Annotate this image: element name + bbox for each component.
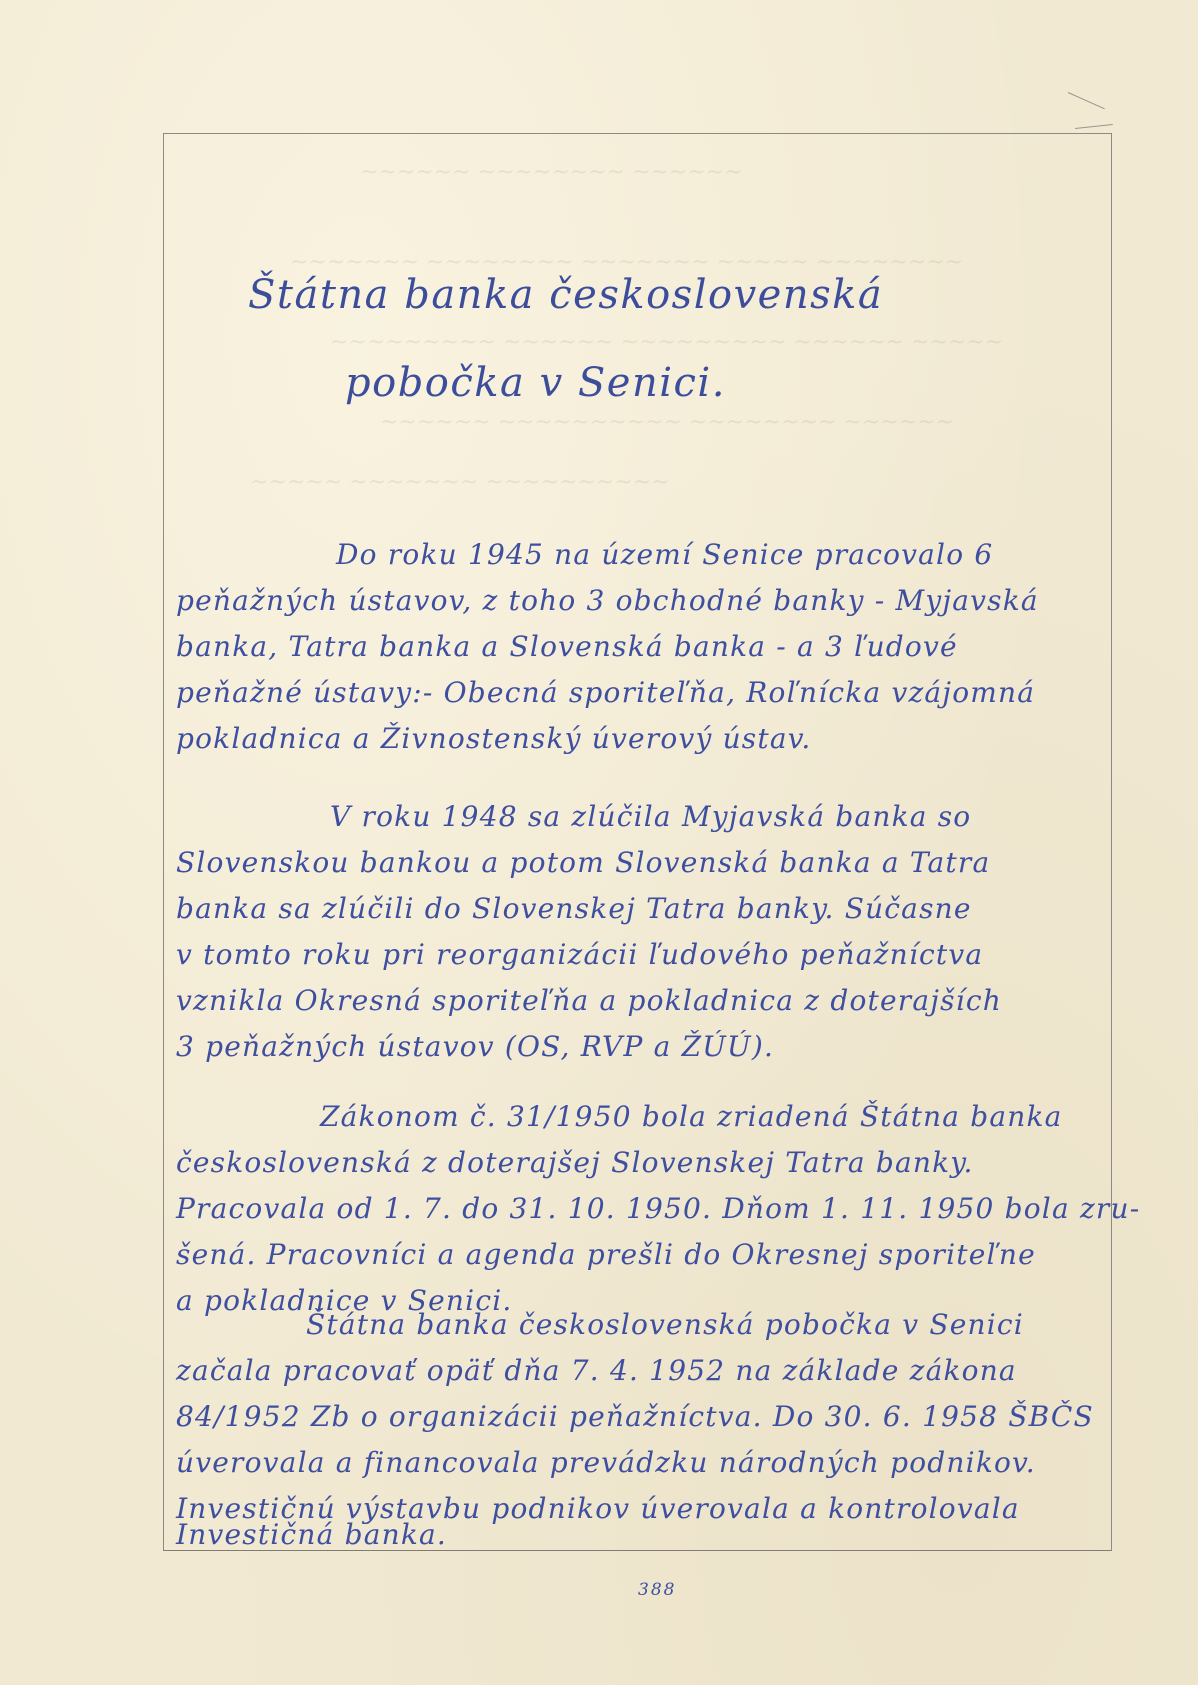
paragraph-line: pokladnica a Živnostenský úverový ústav.	[176, 722, 812, 755]
paragraph-line: úverovala a financovala prevádzku národn…	[176, 1446, 1036, 1479]
paragraph-line: Štátna banka československá pobočka v Se…	[306, 1308, 1024, 1341]
document-title-line-2: pobočka v Senici.	[345, 360, 726, 406]
paragraph-line: V roku 1948 sa zlúčila Myjavská banka so	[330, 800, 971, 833]
paragraph-line: Zákonom č. 31/1950 bola zriadená Štátna …	[320, 1100, 1063, 1133]
pencil-mark	[1068, 92, 1105, 109]
paragraph-line: banka sa zlúčili do Slovenskej Tatra ban…	[176, 892, 972, 925]
paragraph-line: československá z doterajšej Slovenskej T…	[176, 1146, 974, 1179]
pencil-mark	[1075, 124, 1113, 129]
paragraph-line: peňažné ústavy:- Obecná sporiteľňa, Roľn…	[176, 676, 1035, 709]
paragraph-line: vznikla Okresná sporiteľňa a pokladnica …	[176, 984, 1002, 1017]
paragraph-line: šená. Pracovníci a agenda prešli do Okre…	[176, 1238, 1036, 1271]
page-number: 388	[638, 1580, 676, 1600]
paragraph-line: v tomto roku pri reorganizácii ľudového …	[176, 938, 983, 971]
paragraph-line: 3 peňažných ústavov (OS, RVP a ŽÚÚ).	[176, 1030, 774, 1063]
paragraph-line: 84/1952 Zb o organizácii peňažníctva. Do…	[176, 1400, 1094, 1433]
document-title-line-1: Štátna banka československá	[248, 272, 883, 318]
paragraph-line: začala pracovať opäť dňa 7. 4. 1952 na z…	[176, 1354, 1017, 1387]
paragraph-line: peňažných ústavov, z toho 3 obchodné ban…	[176, 584, 1039, 617]
paragraph-line: banka, Tatra banka a Slovenská banka - a…	[176, 630, 958, 663]
paragraph-line: Pracovala od 1. 7. do 31. 10. 1950. Dňom…	[176, 1192, 1140, 1225]
paragraph-line: Investičná banka.	[176, 1518, 447, 1551]
paragraph-line: Slovenskou bankou a potom Slovenská bank…	[176, 846, 990, 879]
paragraph-line: Do roku 1945 na území Senice pracovalo 6	[336, 538, 993, 571]
